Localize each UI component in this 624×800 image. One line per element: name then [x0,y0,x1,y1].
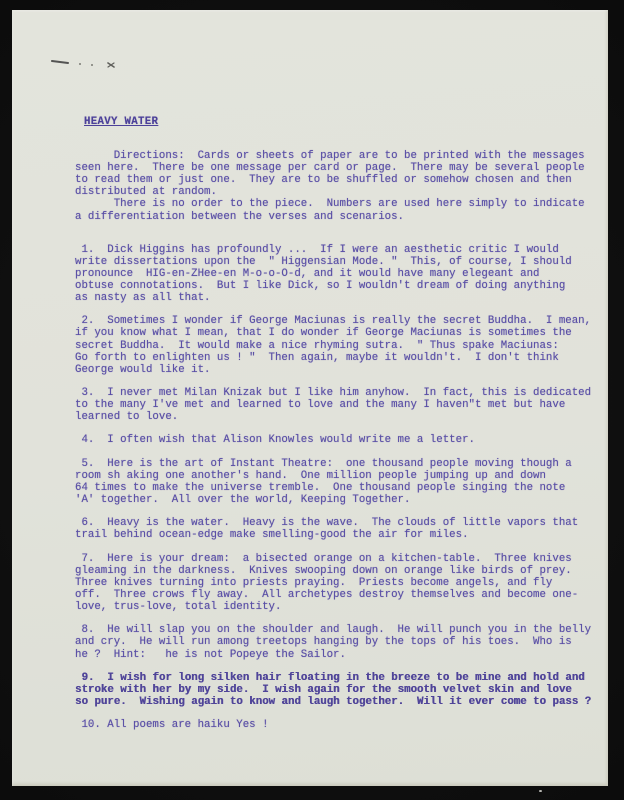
verse-1: 1. Dick Higgins has profoundly ... If I … [75,244,605,304]
verse-9: 9. I wish for long silken hair floating … [75,672,605,708]
verse-5: 5. Here is the art of Instant Theatre: o… [75,458,605,506]
verse-10: 10. All poems are haiku Yes ! [75,719,605,731]
verse-3: 3. I never met Milan Knizak but I like h… [75,387,605,423]
verse-6: 6. Heavy is the water. Heavy is the wave… [75,517,605,541]
verse-8: 8. He will slap you on the shoulder and … [75,624,605,660]
document-page: HEAVY WATER Directions: Cards or sheets … [12,10,608,786]
verse-2: 2. Sometimes I wonder if George Maciunas… [75,315,605,375]
document-title: HEAVY WATER [84,116,605,128]
scan-background: HEAVY WATER Directions: Cards or sheets … [0,0,624,800]
verse-7: 7. Here is your dream: a bisected orange… [75,553,605,613]
scan-dust-speck [539,790,542,792]
verse-4: 4. I often wish that Alison Knowles woul… [75,434,605,446]
typewritten-text: HEAVY WATER Directions: Cards or sheets … [75,116,605,743]
directions-paragraph: Directions: Cards or sheets of paper are… [75,150,605,223]
pencil-mark [36,48,126,72]
